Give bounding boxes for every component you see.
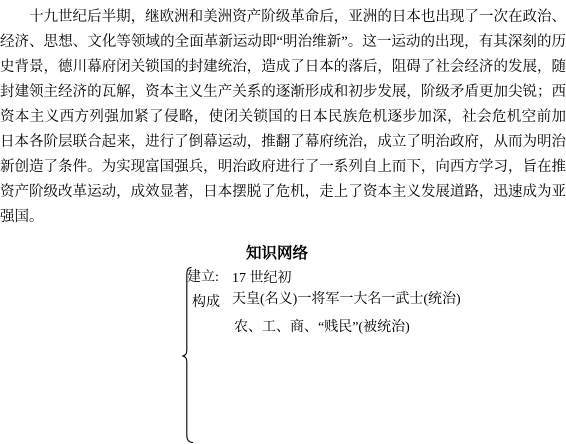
paragraph-line: 资本主义西方列强加紧了侵略，使闭关锁国的日本民族危机逐步加深，社会危机空前加剧。 bbox=[0, 105, 566, 130]
intro-paragraph: 十九世纪后半期，继欧洲和美洲资产阶级革命后，亚洲的日本也出现了一次在政治、 经济… bbox=[0, 5, 566, 230]
knowledge-network-heading: 知识网络 bbox=[0, 244, 554, 263]
paragraph-line: 资产阶级改革运动，成效显著，日本摆脱了危机，走上了资本主义发展道路，迅速成为亚洲 bbox=[0, 180, 566, 205]
establish-value: 17 世纪初 bbox=[232, 269, 292, 288]
paragraph-line: 新创造了条件。为实现富国强兵，明治政府进行了一系列自上而下，向西方学习，旨在推行 bbox=[0, 155, 566, 180]
paragraph-line: 史背景，德川幕府闭关锁国的封建统治，造成了日本的落后，阻碍了社会经济的发展，随着 bbox=[0, 55, 566, 80]
paragraph-line: 封建领主经济的瓦解，资本主义生产关系的逐渐形成和初步发展，阶级矛盾更加尖锐；西方 bbox=[0, 80, 566, 105]
paragraph-line: 经济、思想、文化等领域的全面革新运动即“明治维新”。这一运动的出现，有其深刻的历 bbox=[0, 30, 566, 55]
paragraph-line: 强国。 bbox=[0, 205, 566, 230]
composition-ruling-class-line: 天皇(名义)一将军一大名一武士(统治) bbox=[232, 290, 461, 309]
paragraph-line: 日本各阶层联合起来，进行了倒幕运动，推翻了幕府统治，成立了明治政府，从而为明治维 bbox=[0, 130, 566, 155]
left-curly-brace bbox=[178, 267, 195, 443]
composition-ruled-class-line: 农、工、商、“贱民”(被统治) bbox=[234, 318, 410, 337]
paragraph-line: 十九世纪后半期，继欧洲和美洲资产阶级革命后，亚洲的日本也出现了一次在政治、 bbox=[0, 5, 566, 30]
document-page: 十九世纪后半期，继欧洲和美洲资产阶级革命后，亚洲的日本也出现了一次在政治、 经济… bbox=[0, 0, 566, 444]
establish-label: 建立: bbox=[187, 268, 219, 287]
composition-label: 构成 bbox=[192, 293, 220, 312]
